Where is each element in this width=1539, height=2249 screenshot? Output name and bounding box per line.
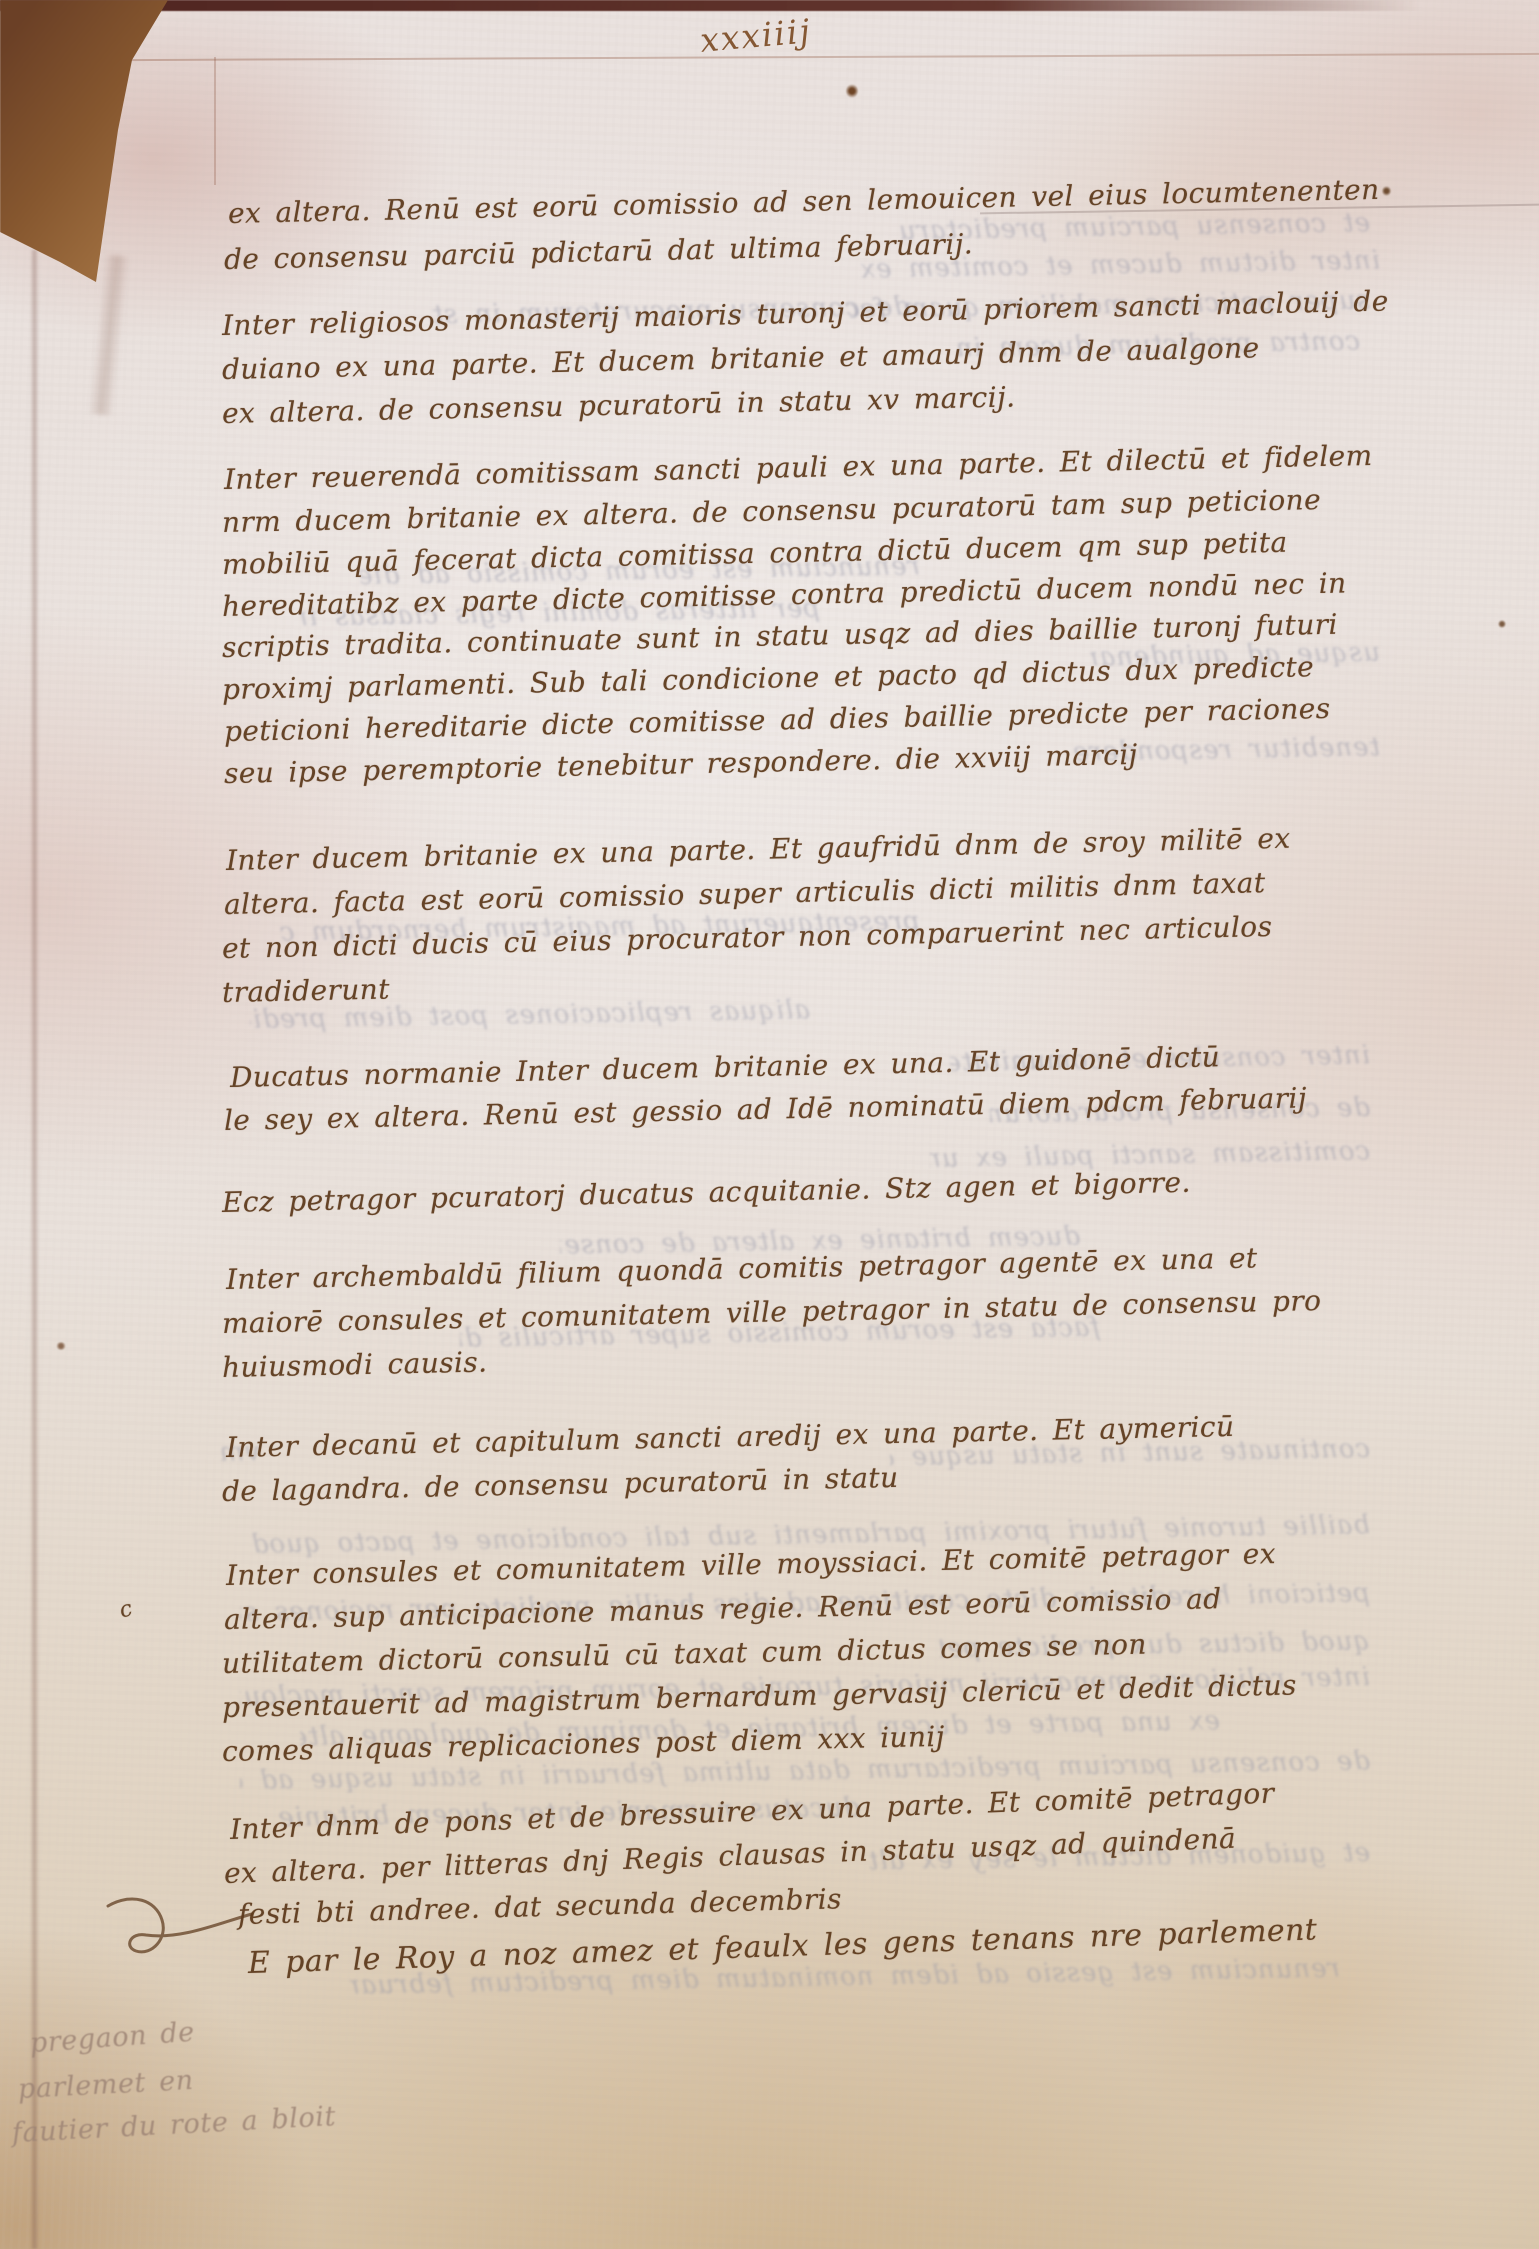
manuscript-text-line: c — [116, 1595, 135, 1625]
paraph-flourish — [98, 1890, 258, 1970]
manuscript-text-line: Ecz petragor pcuratorj ducatus acquitani… — [222, 1165, 1191, 1220]
book-top-edge — [0, 0, 1420, 11]
ruling-line-left-margin — [214, 57, 216, 185]
manuscript-text-line: huiusmodi causis. — [222, 1344, 488, 1385]
manuscript-text-line: de lagandra. de consensu pcuratorū in st… — [222, 1460, 899, 1509]
ink-speck — [56, 1342, 66, 1350]
ruling-line-top — [128, 53, 1539, 61]
ink-speck — [1382, 186, 1391, 196]
folio-number: xxxiiij — [698, 11, 813, 60]
manuscript-text-line: ex altera. de consensu pcuratorū in stat… — [222, 379, 1016, 431]
ink-speck — [1498, 620, 1506, 628]
manuscript-text-line: tradiderunt — [222, 971, 391, 1010]
ink-speck — [846, 84, 858, 98]
margin-note-line: pregaon de — [29, 2017, 196, 2061]
manuscript-text-line: festi bti andree. dat secunda decembris — [238, 1881, 843, 1932]
page-crease — [30, 250, 39, 2249]
manuscript-page: et consensu parcium predictarum in statu… — [0, 0, 1539, 2249]
margin-note-line: parlemet en — [17, 2065, 194, 2107]
margin-note-line: fautier du rote a bloit — [11, 2101, 337, 2150]
